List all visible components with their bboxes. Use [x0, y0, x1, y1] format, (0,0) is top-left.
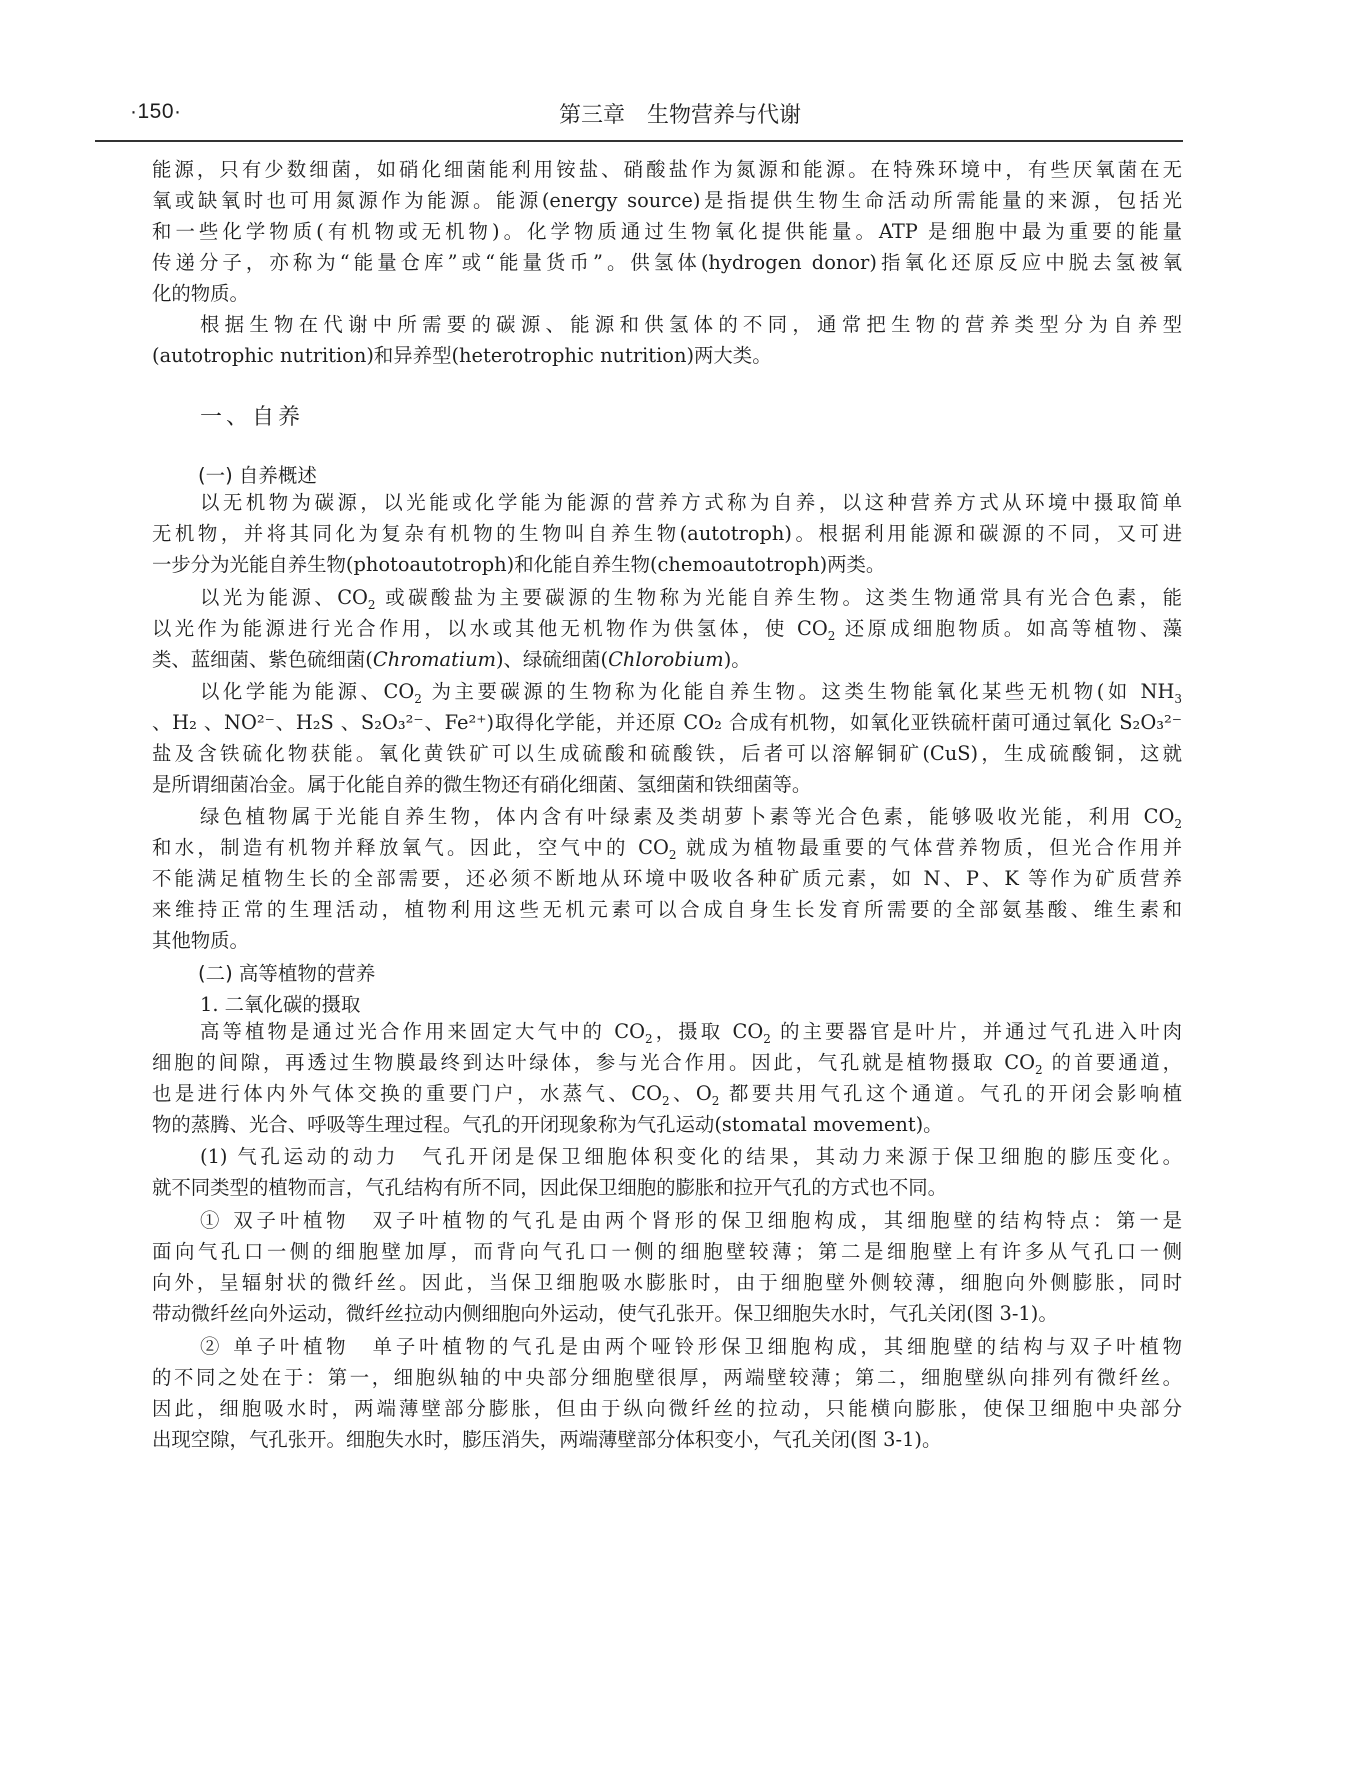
- running-title: 第三章 生物营养与代谢: [0, 98, 1360, 129]
- subscript: 2: [662, 1094, 670, 1108]
- paragraph-line: 氧或缺氧时也可用氮源作为能源。能源(energy source)是指提供生物生命…: [152, 189, 1182, 213]
- paragraph-line: 面向气孔口一侧的细胞壁加厚，而背向气孔口一侧的细胞壁较薄；第二是细胞壁上有许多从…: [152, 1240, 1182, 1264]
- paragraph-line: 细胞的间隙，再透过生物膜最终到达叶绿体，参与光合作用。因此，气孔就是植物摄取 C…: [152, 1051, 1182, 1075]
- paragraph-line: 根据生物在代谢中所需要的碳源、能源和供氢体的不同，通常把生物的营养类型分为自养型: [200, 313, 1182, 337]
- subscript: 2: [414, 692, 422, 706]
- paragraph-line: 和一些化学物质(有机物或无机物)。化学物质通过生物氧化提供能量。ATP 是细胞中…: [152, 220, 1182, 244]
- text-span: 、O: [670, 1082, 712, 1105]
- paragraph-line: 一步分为光能自养生物(photoautotroph)和化能自养生物(chemoa…: [152, 553, 1182, 577]
- text-span: 以光为能源、CO: [200, 586, 368, 609]
- paragraph-line: 以化学能为能源、CO2 为主要碳源的生物称为化能自养生物。这类生物能氧化某些无机…: [200, 680, 1182, 704]
- paragraph-line: 绿色植物属于光能自养生物，体内含有叶绿素及类胡萝卜素等光合色素，能够吸收光能，利…: [200, 805, 1182, 829]
- paragraph-line: 化的物质。: [152, 282, 1182, 306]
- paragraph-line: 来维持正常的生理活动，植物利用这些无机元素可以合成自身生长发育所需要的全部氨基酸…: [152, 898, 1182, 922]
- paragraph-line: 以无机物为碳源，以光能或化学能为能源的营养方式称为自养，以这种营养方式从环境中摄…: [200, 491, 1182, 515]
- text-span: 的主要器官是叶片，并通过气孔进入叶肉: [780, 1020, 1182, 1043]
- paragraph-line: 也是进行体内外气体交换的重要门户，水蒸气、CO2、O2 都要共用气孔这个通道。气…: [152, 1082, 1182, 1106]
- text-span: 和水，制造有机物并释放氧气。因此，空气中的 CO: [152, 836, 669, 859]
- text-span: 绿色植物属于光能自养生物，体内含有叶绿素及类胡萝卜素等光合色素，能够吸收光能，利…: [200, 805, 1174, 828]
- subscript: 2: [368, 598, 376, 612]
- text-span: )。: [724, 648, 751, 671]
- paragraph-line: 无机物，并将其同化为复杂有机物的生物叫自养生物(autotroph)。根据利用能…: [152, 522, 1182, 546]
- text-span: 以化学能为能源、CO: [200, 680, 414, 703]
- paragraph-line: 物的蒸腾、光合、呼吸等生理过程。气孔的开闭现象称为气孔运动(stomatal m…: [152, 1113, 1182, 1137]
- paragraph-line: 不能满足植物生长的全部需要，还必须不断地从环境中吸收各种矿质元素，如 N、P、K…: [152, 867, 1182, 891]
- paragraph-line: ② 单子叶植物 单子叶植物的气孔是由两个哑铃形保卫细胞构成，其细胞壁的结构与双子…: [200, 1335, 1182, 1359]
- subscript: 2: [645, 1032, 653, 1046]
- subscript: 2: [1174, 817, 1182, 831]
- text-span: 的首要通道，: [1052, 1051, 1182, 1074]
- paragraph-line: 出现空隙，气孔张开。细胞失水时，膨压消失，两端薄壁部分体积变小，气孔关闭(图 3…: [152, 1428, 1182, 1452]
- text-span: 都要共用气孔这个通道。气孔的开闭会影响植: [729, 1082, 1182, 1105]
- header-rule: [95, 140, 1183, 142]
- paragraph-line: 类、蓝细菌、紫色硫细菌(Chromatium)、绿硫细菌(Chlorobium)…: [152, 648, 1182, 672]
- text-span: 或碳酸盐为主要碳源的生物称为光能自养生物。这类生物通常具有光合色素，能: [385, 586, 1182, 609]
- paragraph-line: (1) 气孔运动的动力 气孔开闭是保卫细胞体积变化的结果，其动力来源于保卫细胞的…: [200, 1145, 1182, 1169]
- text-span: 就成为植物最重要的气体营养物质，但光合作用并: [686, 836, 1182, 859]
- paragraph-line: 盐及含铁硫化物获能。氧化黄铁矿可以生成硫酸和硫酸铁，后者可以溶解铜矿(CuS)，…: [152, 742, 1182, 766]
- text-span: )、绿硫细菌(: [496, 648, 608, 671]
- paragraph-line: 就不同类型的植物而言，气孔结构有所不同，因此保卫细胞的膨胀和拉开气孔的方式也不同…: [152, 1176, 1182, 1200]
- paragraph-line: 因此，细胞吸水时，两端薄壁部分膨胀，但由于纵向微纤丝的拉动，只能横向膨胀，使保卫…: [152, 1397, 1182, 1421]
- text-span: 高等植物是通过光合作用来固定大气中的 CO: [200, 1020, 645, 1043]
- paragraph-line: 传递分子，亦称为“能量仓库”或“能量货币”。供氢体(hydrogen donor…: [152, 251, 1182, 275]
- subsection-heading: (一) 自养概述: [198, 460, 317, 488]
- paragraph-line: 能源，只有少数细菌，如硝化细菌能利用铵盐、硝酸盐作为氮源和能源。在特殊环境中，有…: [152, 158, 1182, 182]
- paragraph-line: 、H₂ 、NO²⁻、H₂S 、S₂O₃²⁻、Fe²⁺)取得化学能，并还原 CO₂…: [152, 711, 1182, 735]
- paragraph-line: ① 双子叶植物 双子叶植物的气孔是由两个肾形的保卫细胞构成，其细胞壁的结构特点：…: [200, 1209, 1182, 1233]
- subsection-heading: (二) 高等植物的营养: [198, 958, 375, 986]
- paragraph-line: 以光为能源、CO2 或碳酸盐为主要碳源的生物称为光能自养生物。这类生物通常具有光…: [200, 586, 1182, 610]
- italic-term: Chlorobium: [608, 648, 724, 671]
- text-span: ，摄取 CO: [653, 1020, 764, 1043]
- text-span: 也是进行体内外气体交换的重要门户，水蒸气、CO: [152, 1082, 662, 1105]
- paragraph-line: 带动微纤丝向外运动，微纤丝拉动内侧细胞向外运动，使气孔张开。保卫细胞失水时，气孔…: [152, 1302, 1182, 1326]
- text-span: 为主要碳源的生物称为化能自养生物。这类生物能氧化某些无机物(如 NH: [432, 680, 1175, 703]
- subscript: 2: [712, 1094, 720, 1108]
- section-heading: 一、自养: [200, 400, 304, 431]
- paragraph-line: 高等植物是通过光合作用来固定大气中的 CO2，摄取 CO2 的主要器官是叶片，并…: [200, 1020, 1182, 1044]
- subscript: 3: [1174, 692, 1182, 706]
- text-span: 以光作为能源进行光合作用，以水或其他无机物作为供氢体，使 CO: [152, 617, 828, 640]
- paragraph-line: (autotrophic nutrition)和异养型(heterotrophi…: [152, 344, 1182, 368]
- subscript: 2: [828, 629, 836, 643]
- paragraph-line: 和水，制造有机物并释放氧气。因此，空气中的 CO2 就成为植物最重要的气体营养物…: [152, 836, 1182, 860]
- paragraph-line: 向外，呈辐射状的微纤丝。因此，当保卫细胞吸水膨胀时，由于细胞壁外侧较薄，细胞向外…: [152, 1271, 1182, 1295]
- paragraph-line: 是所谓细菌冶金。属于化能自养的微生物还有硝化细菌、氢细菌和铁细菌等。: [152, 773, 1182, 797]
- subscript: 2: [1035, 1063, 1043, 1077]
- item-heading: 1. 二氧化碳的摄取: [200, 989, 360, 1017]
- paragraph-line: 的不同之处在于：第一，细胞纵轴的中央部分细胞壁很厚，两端壁较薄；第二，细胞壁纵向…: [152, 1366, 1182, 1390]
- paragraph-line: 其他物质。: [152, 929, 1182, 953]
- subscript: 2: [763, 1032, 771, 1046]
- paragraph-line: 以光作为能源进行光合作用，以水或其他无机物作为供氢体，使 CO2 还原成细胞物质…: [152, 617, 1182, 641]
- subscript: 2: [669, 848, 677, 862]
- italic-term: Chromatium: [373, 648, 496, 671]
- text-span: 类、蓝细菌、紫色硫细菌(: [152, 648, 373, 671]
- text-span: 还原成细胞物质。如高等植物、藻: [845, 617, 1182, 640]
- text-span: 细胞的间隙，再透过生物膜最终到达叶绿体，参与光合作用。因此，气孔就是植物摄取 C…: [152, 1051, 1035, 1074]
